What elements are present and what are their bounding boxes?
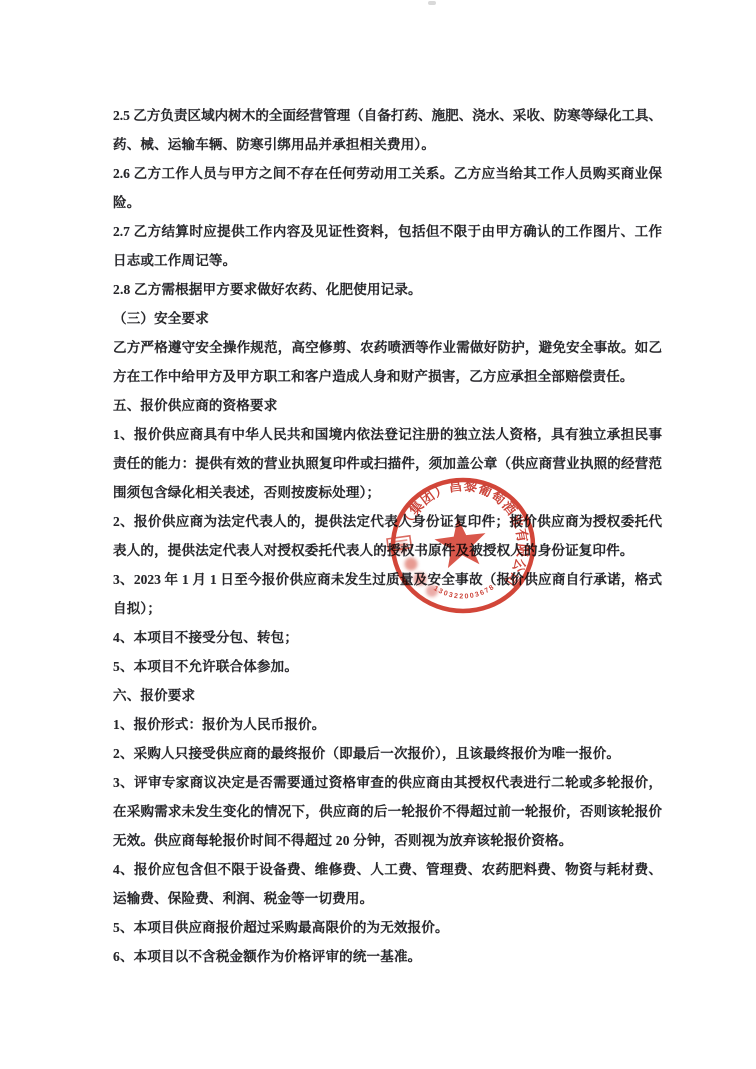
text-line: 在采购需求未发生变化的情况下，供应商的后一轮报价不得超过前一轮报价，否则该轮报价 bbox=[113, 797, 662, 826]
paragraph: （三）安全要求 bbox=[113, 304, 662, 333]
paragraph: 4、本项目不接受分包、转包； bbox=[113, 623, 662, 652]
paragraph: 5、本项目供应商报价超过采购最高限价的为无效报价。 bbox=[113, 913, 662, 942]
text-line: 4、本项目不接受分包、转包； bbox=[113, 623, 662, 652]
text-line: （三）安全要求 bbox=[113, 304, 662, 333]
paragraph: 2.6 乙方工作人员与甲方之间不存在任何劳动用工关系。乙方应当给其工作人员购买商… bbox=[113, 159, 662, 217]
text-line: 6、本项目以不含税金额作为价格评审的统一基准。 bbox=[113, 942, 662, 971]
text-line: 五、报价供应商的资格要求 bbox=[113, 391, 662, 420]
seal-smudges bbox=[397, 543, 439, 598]
text-line: 5、本项目供应商报价超过采购最高限价的为无效报价。 bbox=[113, 913, 662, 942]
text-line: 2.7 乙方结算时应提供工作内容及见证性资料，包括但不限于由甲方确认的工作图片、… bbox=[113, 217, 662, 246]
seal-serial-number: 130322003678 bbox=[432, 583, 496, 600]
text-line: 险。 bbox=[113, 188, 662, 217]
text-line: 1、报价供应商具有中华人民共和国境内依法登记注册的独立法人资格，具有独立承担民事 bbox=[113, 420, 662, 449]
text-line: 2.5 乙方负责区域内树木的全面经营管理（自备打药、施肥、浇水、采收、防寒等绿化… bbox=[113, 101, 662, 130]
star-icon bbox=[432, 515, 489, 570]
paragraph: 2、采购人只接受供应商的最终报价（即最后一次报价），且该最终报价为唯一报价。 bbox=[113, 739, 662, 768]
text-line: 无效。供应商每轮报价时间不得超过 20 分钟，否则视为放弃该轮报价资格。 bbox=[113, 826, 662, 855]
text-line: 乙方严格遵守安全操作规范，高空修剪、农药喷洒等作业需做好防护，避免安全事故。如乙 bbox=[113, 333, 662, 362]
document-page: 2.5 乙方负责区域内树木的全面经营管理（自备打药、施肥、浇水、采收、防寒等绿化… bbox=[0, 0, 756, 1069]
text-line: 日志或工作周记等。 bbox=[113, 246, 662, 275]
paragraph: 3、评审专家商议决定是否需要通过资格审查的供应商由其授权代表进行二轮或多轮报价，… bbox=[113, 768, 662, 855]
company-seal-stamp: （集团）昌黎葡萄酒业有限公司 130322003678 bbox=[384, 473, 542, 619]
text-line: 药、械、运输车辆、防寒引绑用品并承担相关费用）。 bbox=[113, 130, 662, 159]
paragraph: 2.8 乙方需根据甲方要求做好农药、化肥使用记录。 bbox=[113, 275, 662, 304]
paragraph: 六、报价要求 bbox=[113, 681, 662, 710]
paragraph: 5、本项目不允许联合体参加。 bbox=[113, 652, 662, 681]
text-line: 2.6 乙方工作人员与甲方之间不存在任何劳动用工关系。乙方应当给其工作人员购买商… bbox=[113, 159, 662, 188]
text-line: 运输费、保险费、利润、税金等一切费用。 bbox=[113, 884, 662, 913]
text-line: 5、本项目不允许联合体参加。 bbox=[113, 652, 662, 681]
text-line: 2、采购人只接受供应商的最终报价（即最后一次报价），且该最终报价为唯一报价。 bbox=[113, 739, 662, 768]
paragraph: 2.5 乙方负责区域内树木的全面经营管理（自备打药、施肥、浇水、采收、防寒等绿化… bbox=[113, 101, 662, 159]
text-line: 3、评审专家商议决定是否需要通过资格审查的供应商由其授权代表进行二轮或多轮报价， bbox=[113, 768, 662, 797]
paragraph: 2.7 乙方结算时应提供工作内容及见证性资料，包括但不限于由甲方确认的工作图片、… bbox=[113, 217, 662, 275]
text-line: 方在工作中给甲方及甲方职工和客户造成人身和财产损害，乙方应承担全部赔偿责任。 bbox=[113, 362, 662, 391]
paragraph: 乙方严格遵守安全操作规范，高空修剪、农药喷洒等作业需做好防护，避免安全事故。如乙… bbox=[113, 333, 662, 391]
text-line: 1、报价形式：报价为人民币报价。 bbox=[113, 710, 662, 739]
paragraph: 4、报价应包含但不限于设备费、维修费、人工费、管理费、农药肥料费、物资与耗材费、… bbox=[113, 855, 662, 913]
paragraph: 6、本项目以不含税金额作为价格评审的统一基准。 bbox=[113, 942, 662, 971]
paragraph: 五、报价供应商的资格要求 bbox=[113, 391, 662, 420]
scan-artifact bbox=[428, 1, 436, 5]
paragraph: 1、报价形式：报价为人民币报价。 bbox=[113, 710, 662, 739]
text-line: 4、报价应包含但不限于设备费、维修费、人工费、管理费、农药肥料费、物资与耗材费、 bbox=[113, 855, 662, 884]
text-line: 2.8 乙方需根据甲方要求做好农药、化肥使用记录。 bbox=[113, 275, 662, 304]
text-line: 六、报价要求 bbox=[113, 681, 662, 710]
